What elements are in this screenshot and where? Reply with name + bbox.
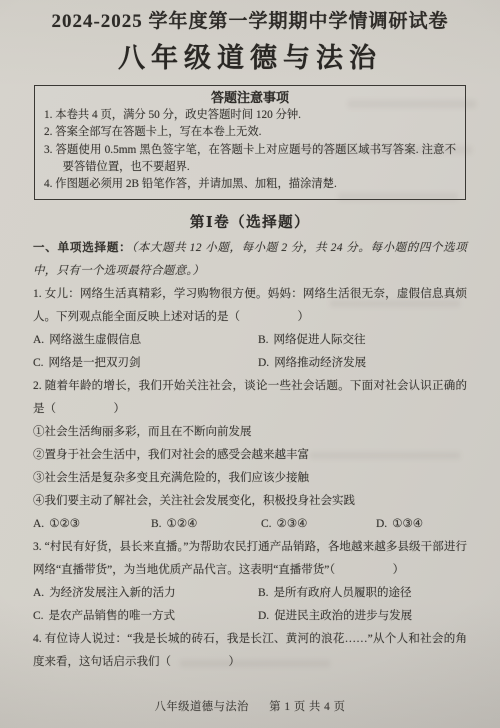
question-2-option-a: A.①②③ — [33, 513, 151, 536]
question-1-option-c: C.网络是一把双刃剑 — [33, 352, 258, 375]
question-2-option-d: D.①③④ — [376, 513, 467, 536]
question-3: 3. “村民有好货，县长来直播。”为帮助农民打通产品销路，各地越来越多县级干部进… — [33, 536, 467, 628]
footer-page-number: 第 1 页 共 4 页 — [269, 701, 345, 713]
question-2-option-b: B.①②④ — [151, 513, 261, 536]
question-2-statement-3: ③社会生活是复杂多变且充满危险的，我们应该少接触 — [33, 467, 467, 490]
notice-item-1: 1. 本卷共 4 页，满分 50 分，政史答题时间 120 分钟. — [44, 107, 456, 124]
exam-paper-sheet: 2024-2025 学年度第一学期期中学情调研试卷 八年级道德与法治 答题注意事… — [0, 0, 500, 728]
section-intro: 一、单项选择题：（本大题共 12 小题，每小题 2 分，共 24 分。每小题的四… — [33, 237, 467, 283]
exam-title: 2024-2025 学年度第一学期期中学情调研试卷 — [33, 10, 467, 35]
question-1-options: A.网络滋生虚假信息 B.网络促进人际交往 C.网络是一把双刃剑 D.网络推动经… — [33, 329, 467, 375]
question-3-stem: 3. “村民有好货，县长来直播。”为帮助农民打通产品销路，各地越来越多县级干部进… — [33, 536, 467, 582]
subject-title: 八年级道德与法治 — [33, 41, 467, 76]
question-1: 1. 女儿：网络生活真精彩，学习购物很方便。妈妈：网络生活很无奈，虚假信息真烦人… — [33, 283, 467, 375]
question-3-options: A.为经济发展注入新的活力 B.是所有政府人员履职的途径 C.是农产品销售的唯一… — [33, 582, 467, 628]
question-2-options: A.①②③ B.①②④ C.②③④ D.①③④ — [33, 513, 467, 536]
question-1-option-a: A.网络滋生虚假信息 — [33, 329, 258, 352]
question-3-option-c: C.是农产品销售的唯一方式 — [33, 605, 258, 628]
question-2-statement-2: ②置身于社会生活中，我们对社会的感受会越来越丰富 — [33, 444, 467, 467]
notice-item-4: 4. 作图题必须用 2B 铅笔作答，并请加黑、加粗，描涂清楚. — [44, 176, 456, 193]
notice-title: 答题注意事项 — [44, 88, 456, 108]
notice-item-2: 2. 答案全部写在答题卡上，写在本卷上无效. — [44, 124, 456, 141]
question-2-statement-4: ④我们要主动了解社会，关注社会发展变化，积极投身社会实践 — [33, 490, 467, 513]
question-4-stem: 4. 有位诗人说过：“我是长城的砖石，我是长江、黄河的浪花……”从个人和社会的角… — [33, 628, 467, 674]
notice-box: 答题注意事项 1. 本卷共 4 页，满分 50 分，政史答题时间 120 分钟.… — [34, 85, 466, 200]
footer-subject: 八年级道德与法治 — [155, 701, 249, 713]
exam-paper-photo: 2024-2025 学年度第一学期期中学情调研试卷 八年级道德与法治 答题注意事… — [0, 0, 500, 728]
part-heading: 第Ⅰ卷（选择题） — [33, 211, 467, 232]
section-intro-lead: 一、单项选择题： — [33, 242, 131, 254]
notice-item-3: 3. 答题使用 0.5mm 黑色签字笔，在答题卡上对应题号的答题区域书写答案. … — [44, 142, 456, 176]
question-3-option-d: D.促进民主政治的进步与发展 — [258, 605, 467, 628]
question-2-option-c: C.②③④ — [261, 513, 376, 536]
page-footer: 八年级道德与法治第 1 页 共 4 页 — [0, 698, 500, 714]
question-4: 4. 有位诗人说过：“我是长城的砖石，我是长江、黄河的浪花……”从个人和社会的角… — [33, 628, 467, 674]
question-3-option-a: A.为经济发展注入新的活力 — [33, 582, 258, 605]
question-1-stem: 1. 女儿：网络生活真精彩，学习购物很方便。妈妈：网络生活很无奈，虚假信息真烦人… — [33, 283, 467, 329]
question-1-option-d: D.网络推动经济发展 — [258, 352, 467, 375]
question-2-statement-1: ①社会生活绚丽多彩，而且在不断向前发展 — [33, 421, 467, 444]
question-1-option-b: B.网络促进人际交往 — [258, 329, 467, 352]
question-2-stem: 2. 随着年龄的增长，我们开始关注社会，谈论一些社会话题。下面对社会认识正确的是… — [33, 375, 467, 421]
question-2: 2. 随着年龄的增长，我们开始关注社会，谈论一些社会话题。下面对社会认识正确的是… — [33, 375, 467, 536]
question-3-option-b: B.是所有政府人员履职的途径 — [258, 582, 467, 605]
